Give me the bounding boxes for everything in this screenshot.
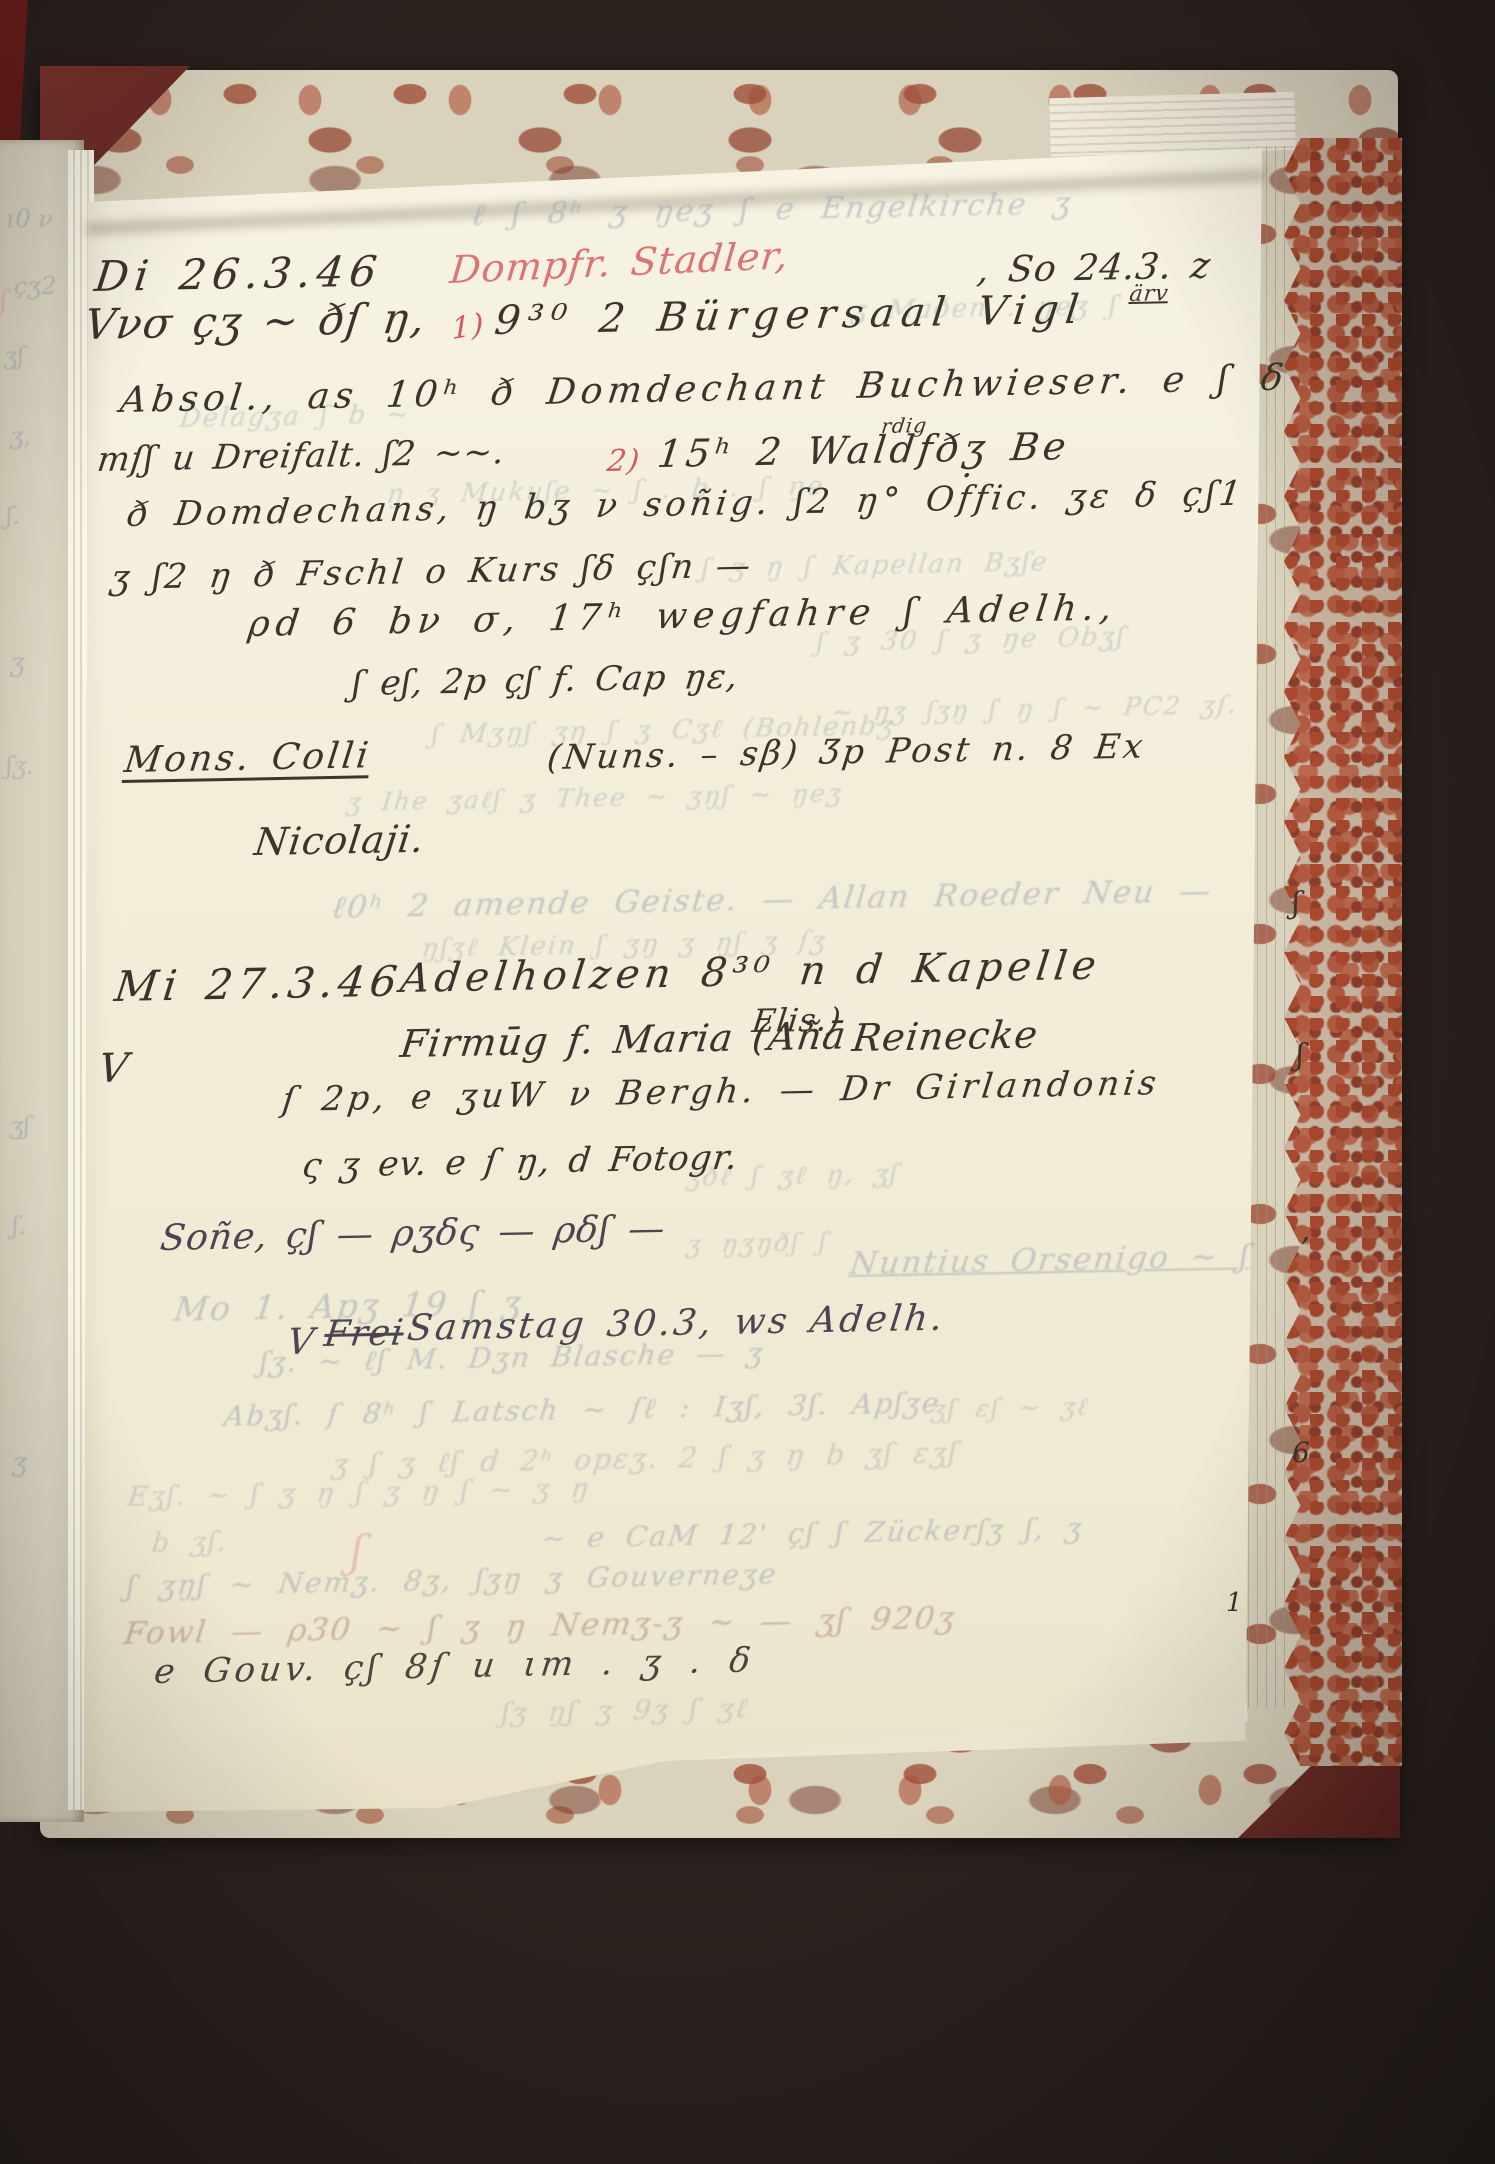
ghost-line: ʃʒ ŋʃ ʒ 9ʒ ʃ ʒℓ bbox=[500, 1693, 751, 1729]
strip-mark: ʒ, bbox=[10, 422, 31, 450]
handwriting-margin-v: V bbox=[285, 1321, 317, 1363]
ghost-line: b ʒʃ. bbox=[150, 1527, 230, 1559]
strip-mark: çʒ2 bbox=[14, 272, 56, 300]
handwriting-struck-word: Frei bbox=[322, 1312, 406, 1355]
strip-mark: ι0 ν bbox=[6, 205, 53, 233]
ghost-line: ʒʃ εʃ ~ ʒℓ bbox=[930, 1392, 1091, 1425]
handwriting-line: 15ʰ 2 Waldfðʒ Be bbox=[655, 424, 1072, 476]
handwriting-margin-v: V bbox=[96, 1045, 132, 1092]
strip-mark: ʒʃ bbox=[4, 342, 24, 370]
handwriting-date: Mi 27.3.46 bbox=[112, 957, 405, 1011]
handwriting-shorthand: Vνσ çʒ ~ ðſ ŋ, bbox=[82, 293, 428, 349]
strip-mark: ʒ bbox=[10, 648, 25, 678]
handwriting-name: Nicolaji. bbox=[252, 817, 427, 864]
strip-mark: ʃ. bbox=[12, 1212, 26, 1240]
strip-mark-red: ʃ bbox=[0, 286, 7, 316]
handwriting-name-underlined: Mons. Colli bbox=[122, 735, 373, 781]
photo-of-handwritten-diary: ℓ ʃ 8ʰ ʒ ŋeʒ ʃ e Engelkirche ʒ ʒ Maðen .… bbox=[0, 0, 1495, 2164]
ghost-line: ʒ ŋʒŋðʃ ʃ bbox=[685, 1227, 830, 1259]
handwriting-date: Di 26.3.46 bbox=[92, 247, 385, 301]
margin-mark: 1 bbox=[1226, 1588, 1243, 1618]
handwriting-date: , So 24.3. z bbox=[975, 246, 1213, 291]
handwriting-shorthand: ς ʒ ev. e ſ ŋ, d Fotogr. bbox=[300, 1138, 741, 1186]
strip-mark: ʒ bbox=[12, 1448, 27, 1478]
handwriting-insertion: ärv bbox=[1128, 281, 1170, 307]
handwriting-name: Reinecke bbox=[850, 1012, 1041, 1060]
margin-mark: 6 bbox=[1292, 1436, 1310, 1469]
strip-mark: ʃ. bbox=[6, 502, 20, 530]
handwriting-shorthand: mſʃ u Dreifalt. ʃ2 ~~. bbox=[95, 432, 507, 480]
handwriting-raised: Elis.) bbox=[750, 1000, 844, 1040]
margin-mark: ’ bbox=[1300, 1232, 1310, 1267]
handwriting-superscript: rdig bbox=[880, 413, 929, 438]
margin-mark: ʃ bbox=[1292, 886, 1300, 921]
strip-mark: ʃʒ. bbox=[6, 752, 34, 780]
handwriting-number-red: 2) bbox=[605, 443, 642, 479]
margin-mark: ʃ bbox=[1296, 1038, 1304, 1073]
strip-mark: ʒʃ bbox=[10, 1112, 30, 1140]
handwriting-number-red: 1) bbox=[451, 307, 485, 347]
handwriting-shorthand: ʃ eʃ, 2p çʃ f. Cap ŋε, bbox=[350, 657, 741, 704]
deckle-edge bbox=[1284, 138, 1402, 1766]
